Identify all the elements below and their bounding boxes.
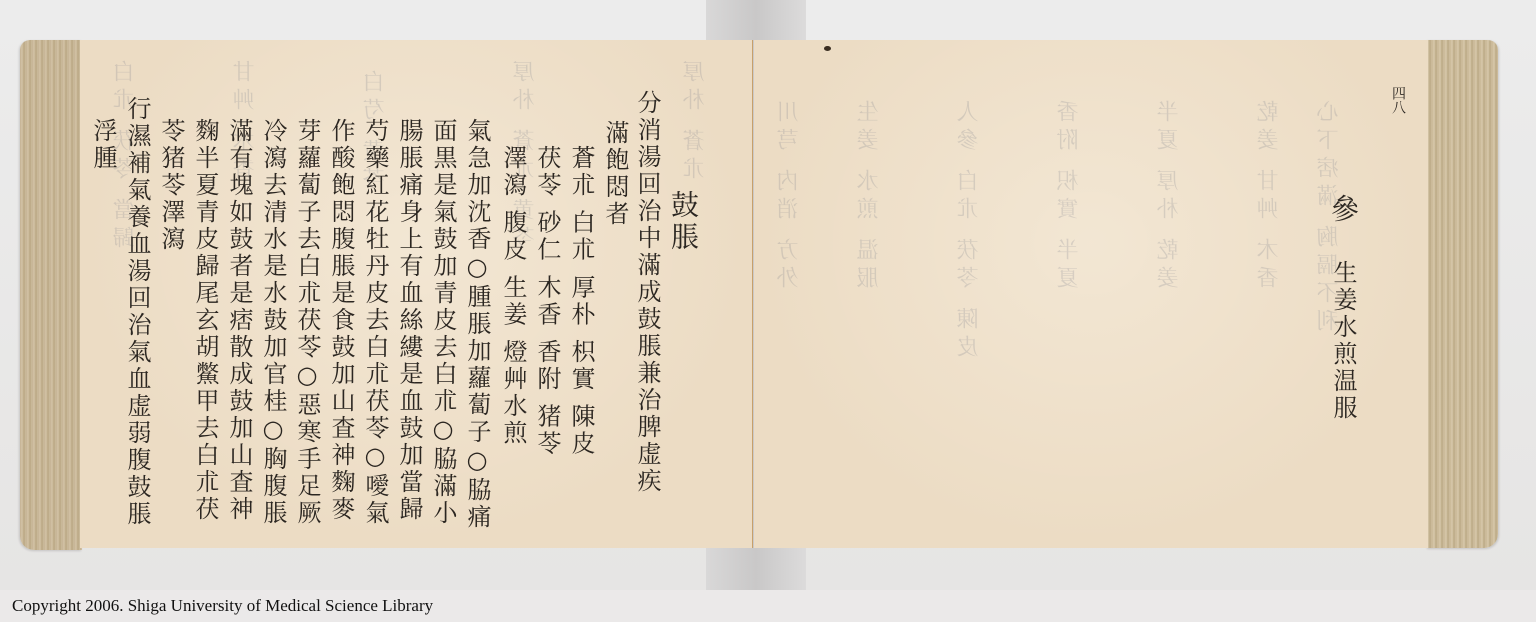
page-edges-right	[1426, 40, 1498, 548]
text-column-14: 麴半夏青皮歸尾玄胡鱉甲去白朮茯	[190, 118, 220, 523]
text-column-12: 冷瀉去清水是水鼓加官桂○胸腹脹	[258, 118, 288, 527]
right-page: 川芎 内消 方外 生姜 水煎 温服 人參 白朮 茯苓 陳皮 香附 枳實 半夏 半…	[754, 40, 1428, 548]
text-column-3: 蒼朮 白朮 厚朴 枳實 陳皮	[566, 145, 596, 458]
text-column-5: 澤瀉 腹皮 生姜 燈艸水煎	[498, 145, 528, 447]
bleed-through-text: 生姜 水煎 温服	[854, 100, 885, 294]
text-column-13: 滿有塊如鼓者是痞散成鼓加山査神	[224, 118, 254, 523]
text-column-2: 滿飽悶者	[600, 120, 630, 228]
bleed-through-text: 乾姜 甘艸 木香	[1254, 100, 1285, 294]
wormhole-mark	[824, 46, 831, 51]
page-number: 四八	[1388, 86, 1408, 114]
text-column-16: 行濕補氣養血湯回治氣血虚弱腹鼓脹	[122, 96, 152, 528]
bleed-through-text: 厚朴 蒼朮	[680, 60, 711, 185]
text-column-1: 分消湯回治中滿成鼓脹兼治脾虚疾𦟄	[632, 90, 662, 522]
section-heading: 鼓脹	[668, 190, 698, 254]
text-column-6: 氣急加沈香○腫脹加蘿蔔子○脇痛	[462, 118, 492, 531]
bleed-through-text: 川芎 内消 方外	[774, 100, 805, 294]
text-column-8: 腸脹痛身上有血絲縷是血鼓加當歸	[394, 118, 424, 523]
text-column-10: 作酸飽悶腹脹是食鼓加山査神麴麥	[326, 118, 356, 523]
open-book: 白朮 茯苓 當歸 甘艸 木香 白芍 黄芩 厚朴 蒼朮 黄芩 厚朴 蒼朮 分消湯回…	[20, 36, 1498, 553]
bleed-through-text: 半夏 厚朴 乾姜	[1154, 100, 1185, 294]
bleed-through-text: 香附 枳實 半夏	[1054, 100, 1085, 294]
text-column-1: 參	[1328, 194, 1358, 226]
copyright-notice: Copyright 2006. Shiga University of Medi…	[12, 596, 433, 616]
page-edges-left	[20, 40, 82, 550]
bleed-through-text: 人參 白朮 茯苓 陳皮	[954, 100, 985, 363]
text-column-7: 面黒是氣鼓加青皮去白朮○脇滿小	[428, 118, 458, 527]
text-column-15: 苓猪苓澤瀉	[156, 118, 186, 253]
text-column-9: 芍藥紅花牡丹皮去白朮茯苓○噯氣	[360, 118, 390, 527]
text-column-2: 生姜水煎温服	[1328, 260, 1358, 422]
left-page: 白朮 茯苓 當歸 甘艸 木香 白芍 黄芩 厚朴 蒼朮 黄芩 厚朴 蒼朮 分消湯回…	[80, 40, 753, 548]
text-column-4: 茯苓 砂仁 木香 香附 猪苓	[532, 145, 562, 458]
text-column-17: 浮腫	[88, 118, 118, 172]
text-column-11: 芽蘿蔔子去白朮茯苓○惡寒手足厥	[292, 118, 322, 527]
